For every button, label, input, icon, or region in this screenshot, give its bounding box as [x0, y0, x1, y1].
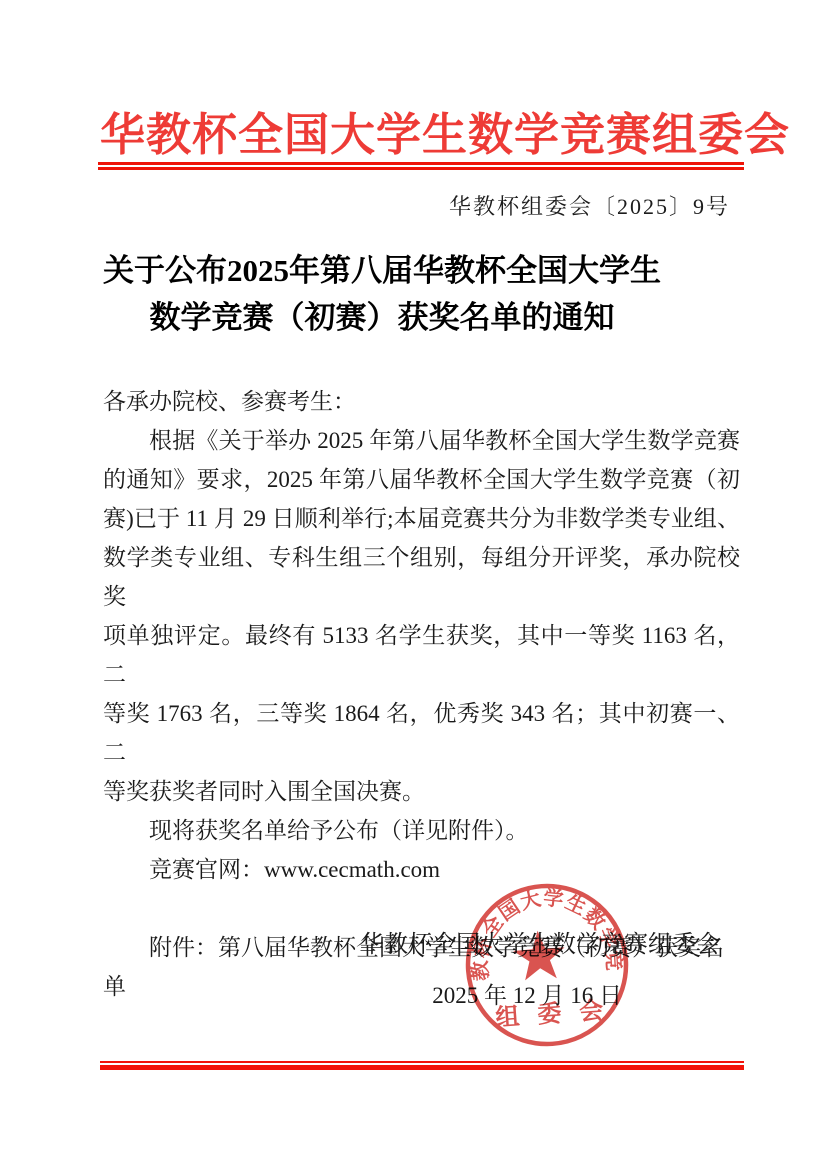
website-url: www.cecmath.com	[264, 857, 440, 882]
doc-number: 华教杯组委会〔2025〕9号	[100, 193, 730, 221]
seal-bottom-text: 组委会	[495, 995, 623, 1032]
body-line: 赛)已于 11 月 29 日顺利举行;本届竞赛共分为非数学类专业组、	[103, 499, 740, 538]
notice-title-line2: 数学竞赛（初赛）获奖名单的通知	[60, 294, 704, 341]
website-label: 竞赛官网：	[149, 857, 264, 882]
body-line: 等奖获奖者同时入围全国决赛。	[103, 772, 740, 811]
signature-org: 华教杯全国大学生数学竞赛组委会	[103, 926, 740, 965]
website-line: 竞赛官网：www.cecmath.com	[103, 850, 740, 889]
body-line: 数学类专业组、专科生组三个组别，每组分开评奖，承办院校奖	[103, 538, 740, 616]
publish-line: 现将获奖名单给予公布（详见附件）。	[103, 811, 740, 850]
org-masthead-title: 华教杯全国大学生数学竞赛组委会	[100, 110, 744, 160]
body-line: 等奖 1763 名，三等奖 1864 名，优秀奖 343 名；其中初赛一、二	[103, 694, 740, 772]
body-line: 项单独评定。最终有 5133 名学生获奖，其中一等奖 1163 名，二	[103, 616, 740, 694]
header-double-rule	[98, 162, 744, 170]
body-line: 的通知》要求，2025 年第八届华教杯全国大学生数学竞赛（初	[103, 460, 740, 499]
notice-title-line1: 关于公布2025年第八届华教杯全国大学生	[60, 247, 704, 294]
seal-star-icon	[512, 929, 567, 981]
signature-date: 2025 年 12 月 16 日	[103, 976, 740, 1015]
footer-rule	[100, 1061, 744, 1070]
document-page: 华教杯全国大学生数学竞赛组委会 华教杯组委会〔2025〕9号 关于公布2025年…	[0, 0, 827, 1169]
official-seal: 华教杯全国大学生数学竞赛 组委会	[456, 874, 637, 1055]
salutation: 各承办院校、参赛考生：	[103, 382, 740, 421]
body-line: 根据《关于举办 2025 年第八届华教杯全国大学生数学竞赛	[103, 421, 740, 460]
notice-title: 关于公布2025年第八届华教杯全国大学生 数学竞赛（初赛）获奖名单的通知	[60, 247, 704, 341]
notice-body: 各承办院校、参赛考生： 根据《关于举办 2025 年第八届华教杯全国大学生数学竞…	[103, 382, 740, 1006]
